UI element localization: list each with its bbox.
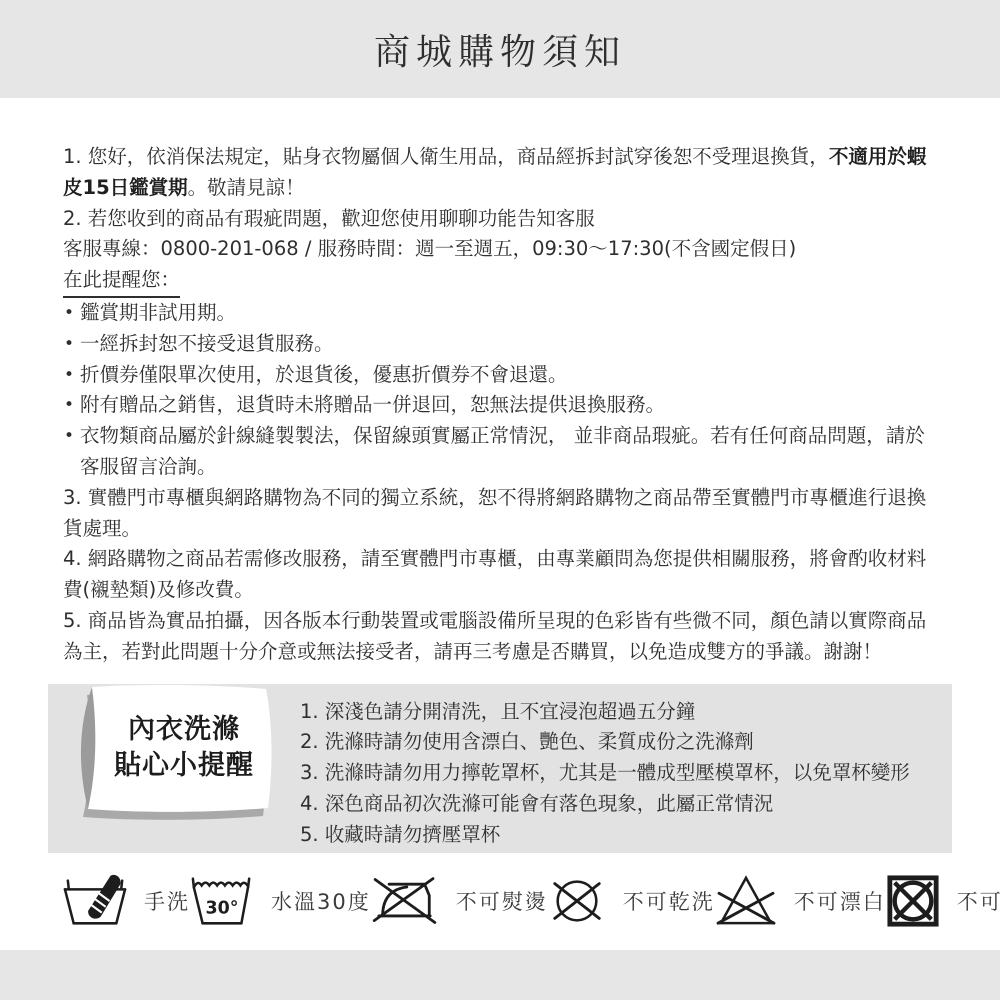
notice-item-3: 3. 實體門市專櫃與網路購物為不同的獨立系統，恕不得將網路購物之商品帶至實體門市… bbox=[63, 483, 940, 545]
bullet-item: 折價券僅限單次使用，於退貨後，優惠折價券不會退還。 bbox=[63, 360, 940, 391]
washing-tips-panel: 內衣洗滌 貼心小提醒 1. 深淺色請分開清洗，且不宜浸泡超過五分鐘 2. 洗滌時… bbox=[48, 684, 952, 853]
washing-tip-item: 3. 洗滌時請勿用力擰乾罩杯，尤其是一體成型壓模罩杯，以免罩杯變形 bbox=[300, 758, 910, 789]
reminder-heading-line: 在此提醒您： bbox=[63, 265, 940, 298]
bullet-item: 附有贈品之銷售，退貨時未將贈品一併退回，恕無法提供退換服務。 bbox=[63, 390, 940, 421]
notice-item-4: 4. 網路購物之商品若需修改服務，請至實體門市專櫃，由專業顧問為您提供相關服務，… bbox=[63, 544, 940, 606]
ribbon-title-line1: 內衣洗滌 bbox=[98, 712, 270, 748]
ribbon-title-line2: 貼心小提醒 bbox=[98, 748, 270, 784]
reminder-heading: 在此提醒您： bbox=[63, 265, 180, 298]
page-title: 商城購物須知 bbox=[374, 24, 626, 75]
notice-list: 1. 您好，依消保法規定，貼身衣物屬個人衛生用品，商品經拆封試穿後恕不受理退換貨… bbox=[0, 98, 1000, 668]
care-label-hand-wash: 手洗 bbox=[144, 886, 190, 916]
notice-item-2: 2. 若您收到的商品有瑕疵問題，歡迎您使用聊聊功能告知客服 bbox=[63, 204, 940, 235]
hotline-line: 客服專線：0800-201-068 / 服務時間：週一至週五，09:30～17:… bbox=[63, 234, 940, 265]
hand-wash-icon bbox=[63, 872, 127, 930]
notice-item-5: 5. 商品皆為實品拍攝，因各版本行動裝置或電腦設備所呈現的色彩皆有些微不同，顏色… bbox=[63, 606, 940, 668]
no-dry-clean-icon bbox=[548, 874, 606, 928]
care-symbol-no-dry-clean: 不可乾洗 bbox=[548, 874, 715, 928]
care-label-water-temp: 水溫30度 bbox=[271, 886, 371, 916]
bullet-item: 衣物類商品屬於針線縫製製法，保留線頭實屬正常情況， 並非商品瑕疵。若有任何商品問… bbox=[63, 421, 940, 483]
notice-item-1-lead: 1. 您好，依消保法規定，貼身衣物屬個人衛生用品，商品經拆封試穿後恕不受理退換貨… bbox=[63, 145, 829, 168]
care-symbols-row: 手洗 30° 水溫30度 不可熨燙 bbox=[63, 853, 937, 950]
ribbon-title: 內衣洗滌 貼心小提醒 bbox=[98, 712, 270, 784]
care-label-no-bleach: 不可漂白 bbox=[794, 886, 886, 916]
notice-item-1: 1. 您好，依消保法規定，貼身衣物屬個人衛生用品，商品經拆封試穿後恕不受理退換貨… bbox=[63, 142, 940, 204]
care-label-no-iron: 不可熨燙 bbox=[456, 886, 548, 916]
washing-tip-item: 2. 洗滌時請勿使用含漂白、艷色、柔質成份之洗滌劑 bbox=[300, 727, 910, 758]
bullet-item: 一經拆封恕不接受退貨服務。 bbox=[63, 329, 940, 360]
page-root: { "colors": { "band_gray": "#e6e6e6", "t… bbox=[0, 0, 1000, 1000]
no-tumble-dry-icon bbox=[886, 874, 940, 928]
notice-item-1-tail: 。敬請見諒！ bbox=[188, 176, 305, 199]
reminder-bullet-list: 鑑賞期非試用期。 一經拆封恕不接受退貨服務。 折價券僅限單次使用，於退貨後，優惠… bbox=[63, 298, 940, 483]
water-temp-value: 30° bbox=[206, 899, 239, 919]
care-symbol-no-tumble-dry: 不可烘乾 bbox=[886, 874, 1000, 928]
footer-band bbox=[0, 950, 1000, 1000]
washing-tips-ribbon: 內衣洗滌 貼心小提醒 bbox=[70, 684, 280, 824]
care-label-no-dry-clean: 不可乾洗 bbox=[623, 886, 715, 916]
washing-tip-item: 4. 深色商品初次洗滌可能會有落色現象，此屬正常情況 bbox=[300, 789, 910, 820]
care-symbol-water-temp-30: 30° 水溫30度 bbox=[190, 872, 371, 930]
washing-tips-list: 1. 深淺色請分開清洗，且不宜浸泡超過五分鐘 2. 洗滌時請勿使用含漂白、艷色、… bbox=[300, 697, 910, 851]
no-iron-icon bbox=[371, 873, 439, 929]
washing-tip-item: 5. 收藏時請勿擠壓罩杯 bbox=[300, 820, 910, 851]
care-symbol-no-iron: 不可熨燙 bbox=[371, 873, 548, 929]
care-label-no-tumble-dry: 不可烘乾 bbox=[957, 886, 1000, 916]
water-temp-30-icon: 30° bbox=[190, 872, 254, 930]
no-bleach-icon bbox=[715, 874, 777, 928]
bullet-item: 鑑賞期非試用期。 bbox=[63, 298, 940, 329]
care-symbol-hand-wash: 手洗 bbox=[63, 872, 190, 930]
header-band: 商城購物須知 bbox=[0, 0, 1000, 98]
washing-tip-item: 1. 深淺色請分開清洗，且不宜浸泡超過五分鐘 bbox=[300, 697, 910, 728]
care-symbol-no-bleach: 不可漂白 bbox=[715, 874, 886, 928]
